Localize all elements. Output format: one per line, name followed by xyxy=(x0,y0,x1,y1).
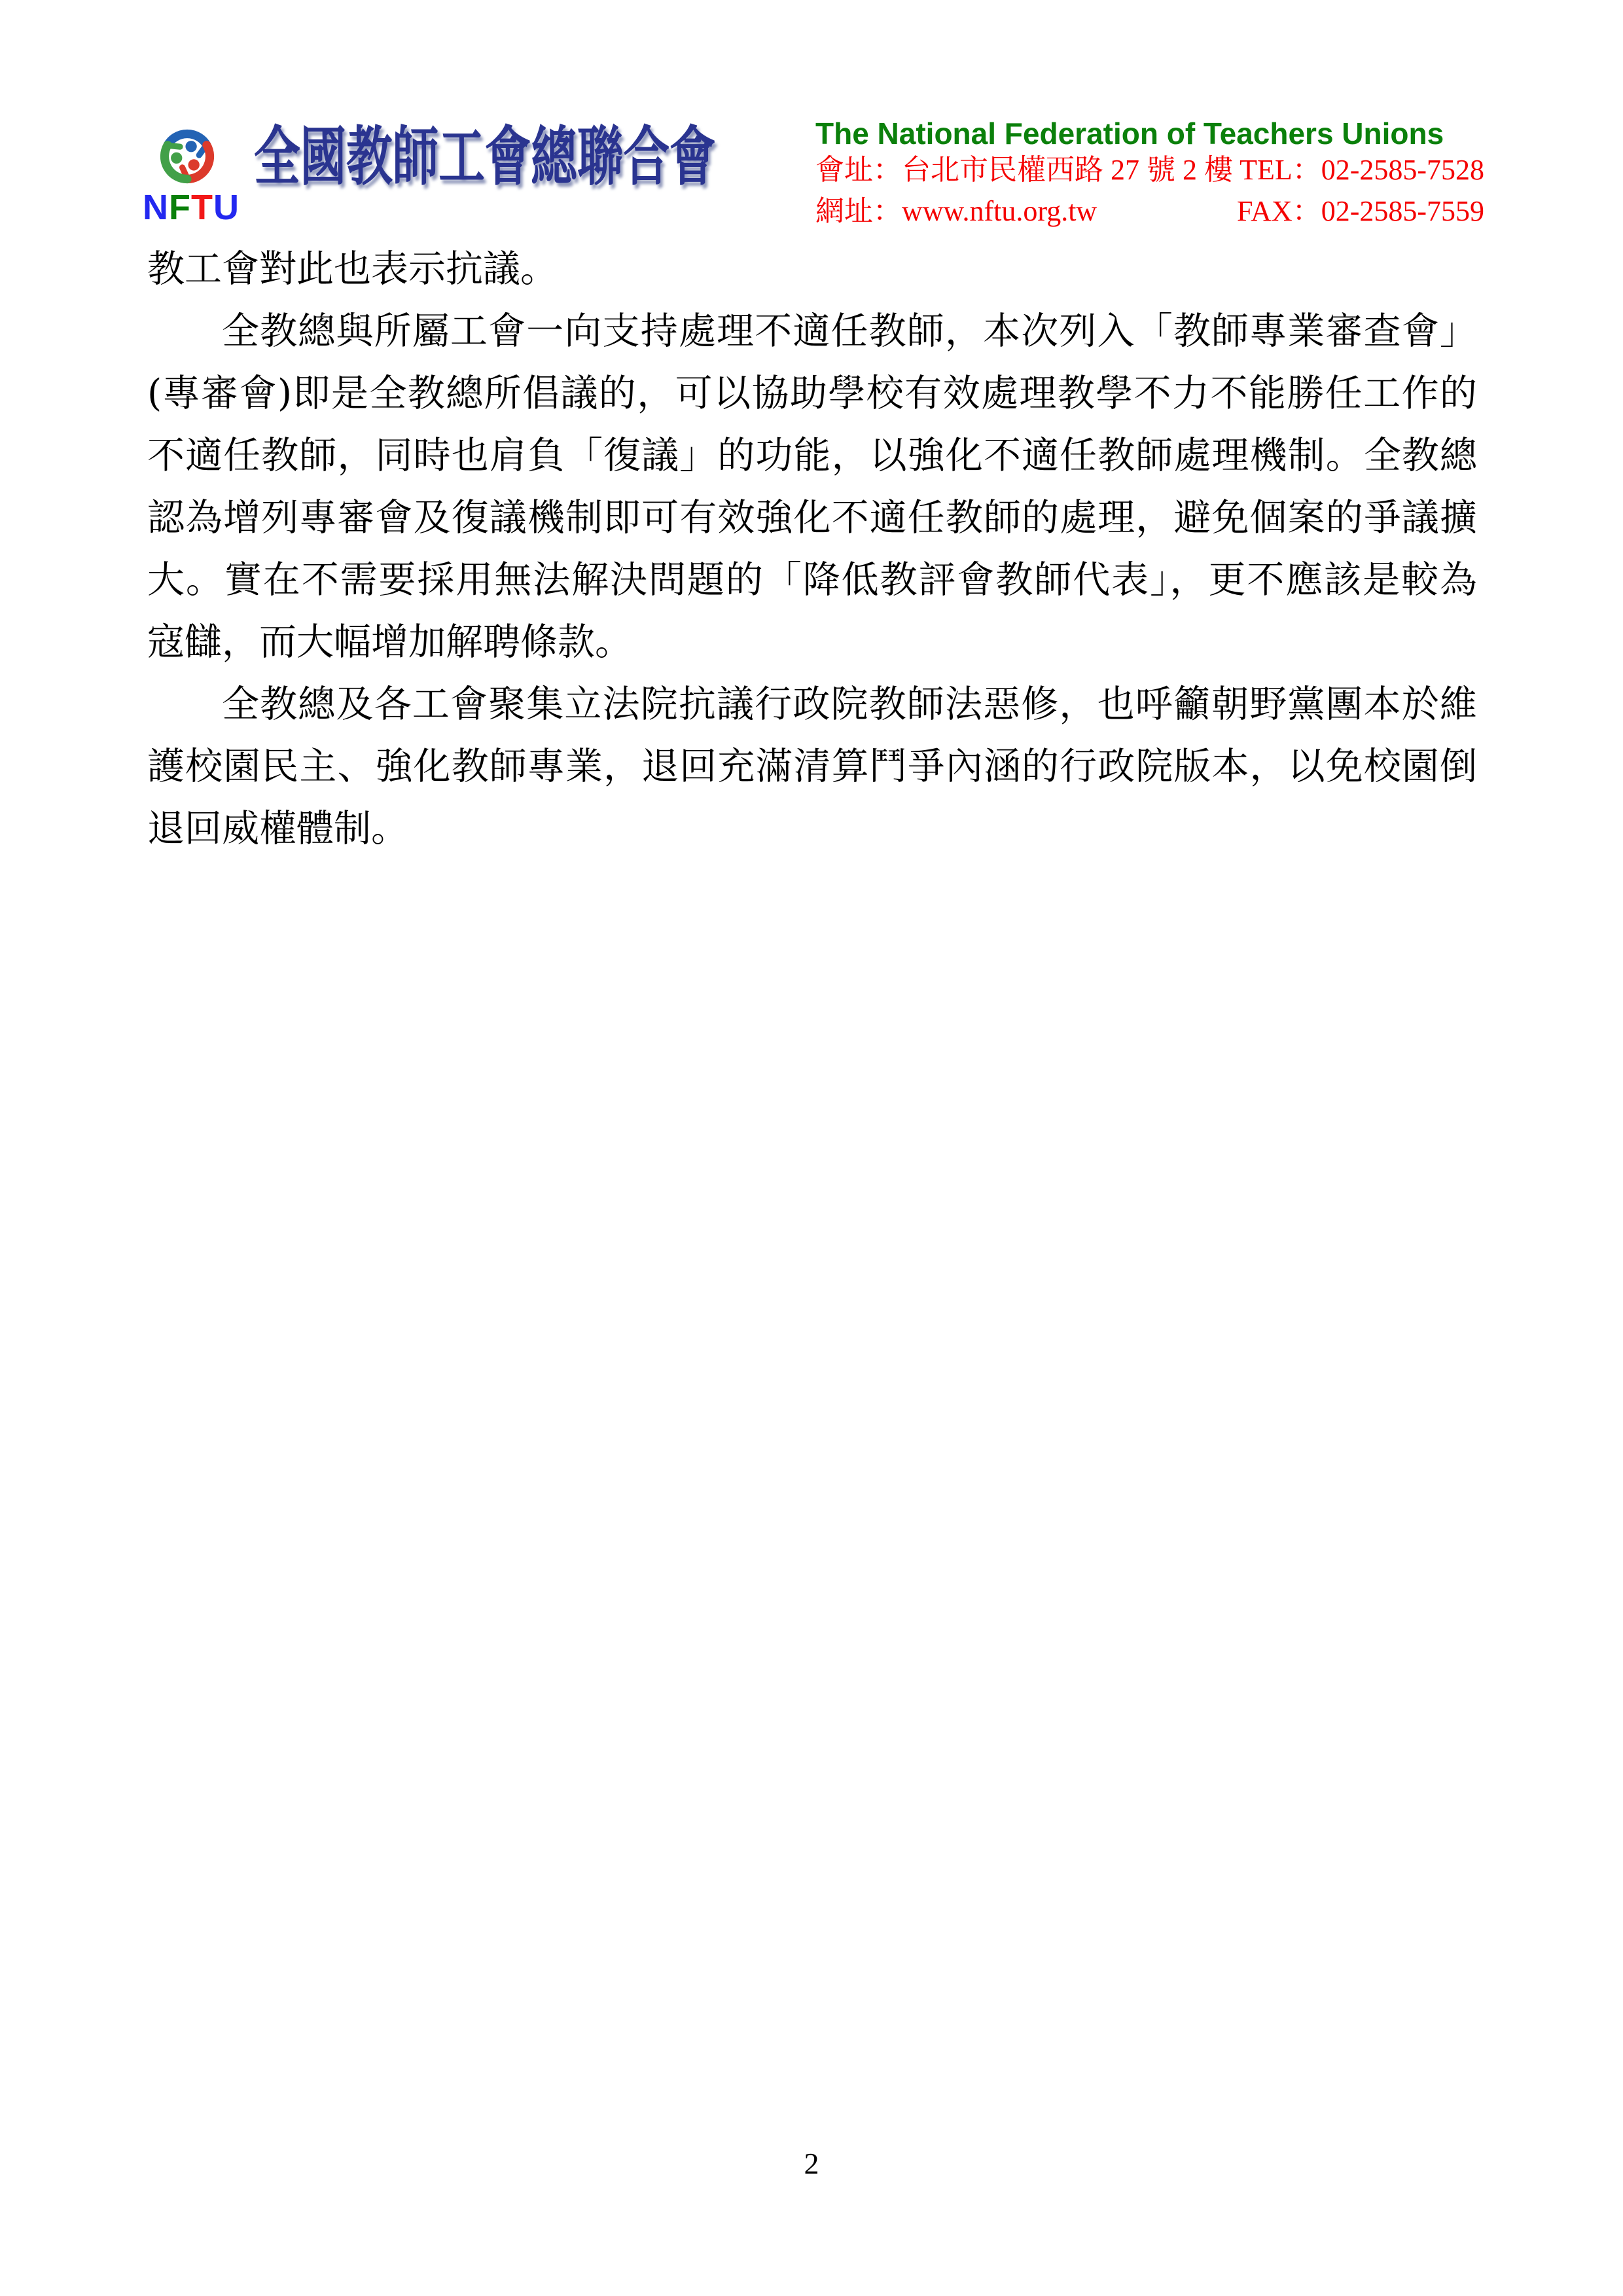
body-line: (專審會)即是全教總所倡議的，可以協助學校有效處理教學不力不能勝任工作的 xyxy=(147,363,1477,425)
body-line: 認為增列專審會及復議機制即可有效強化不適任教師的處理，避免個案的爭議擴 xyxy=(147,487,1477,549)
address-text: 會址：台北市民權西路 27 號 2 樓 xyxy=(815,151,1233,190)
contact-row-2: 網址：www.nftu.org.tw FAX：02-2585-7559 xyxy=(815,192,1484,233)
acronym-letter: N xyxy=(143,188,169,227)
org-name-english: The National Federation of Teachers Unio… xyxy=(815,118,1444,149)
acronym-letter: F xyxy=(169,188,191,227)
contact-row-1: 會址：台北市民權西路 27 號 2 樓 TEL：02-2585-7528 xyxy=(815,151,1484,192)
contact-block: 會址：台北市民權西路 27 號 2 樓 TEL：02-2585-7528 網址：… xyxy=(815,151,1484,233)
page-number: 2 xyxy=(0,2145,1623,2181)
org-name-chinese: 全國教師工會總聯合會 xyxy=(254,122,716,192)
website-text: 網址：www.nftu.org.tw xyxy=(815,192,1097,231)
tel-text: TEL：02-2585-7528 xyxy=(1240,151,1484,190)
body-line: 大。實在不需要採用無法解決問題的「降低教評會教師代表」，更不應該是較為 xyxy=(147,549,1477,611)
acronym-letter: T xyxy=(191,188,213,227)
body-line: 護校園民主、強化教師專業，退回充滿清算鬥爭內涵的行政院版本，以免校園倒 xyxy=(147,736,1477,798)
document-page: NFTU 全國教師工會總聯合會 The National Federation … xyxy=(0,0,1623,2296)
body-line: 不適任教師，同時也肩負「復議」的功能，以強化不適任教師處理機制。全教總 xyxy=(147,425,1477,487)
fax-text: FAX：02-2585-7559 xyxy=(1237,192,1484,231)
body-line: 全教總與所屬工會一向支持處理不適任教師，本次列入「教師專業審查會」 xyxy=(147,300,1477,363)
acronym-letter: U xyxy=(213,188,240,227)
body-line: 全教總及各工會聚集立法院抗議行政院教師法惡修，也呼籲朝野黨團本於維 xyxy=(147,673,1477,736)
nftu-acronym: NFTU xyxy=(143,190,238,225)
document-body: 教工會對此也表示抗議。 全教總與所屬工會一向支持處理不適任教師，本次列入「教師專… xyxy=(147,238,1477,860)
nftu-logo-icon xyxy=(145,118,229,195)
body-line: 寇讎，而大幅增加解聘條款。 xyxy=(147,611,1477,673)
body-line: 退回威權體制。 xyxy=(147,798,1477,860)
body-line: 教工會對此也表示抗議。 xyxy=(147,238,1477,300)
